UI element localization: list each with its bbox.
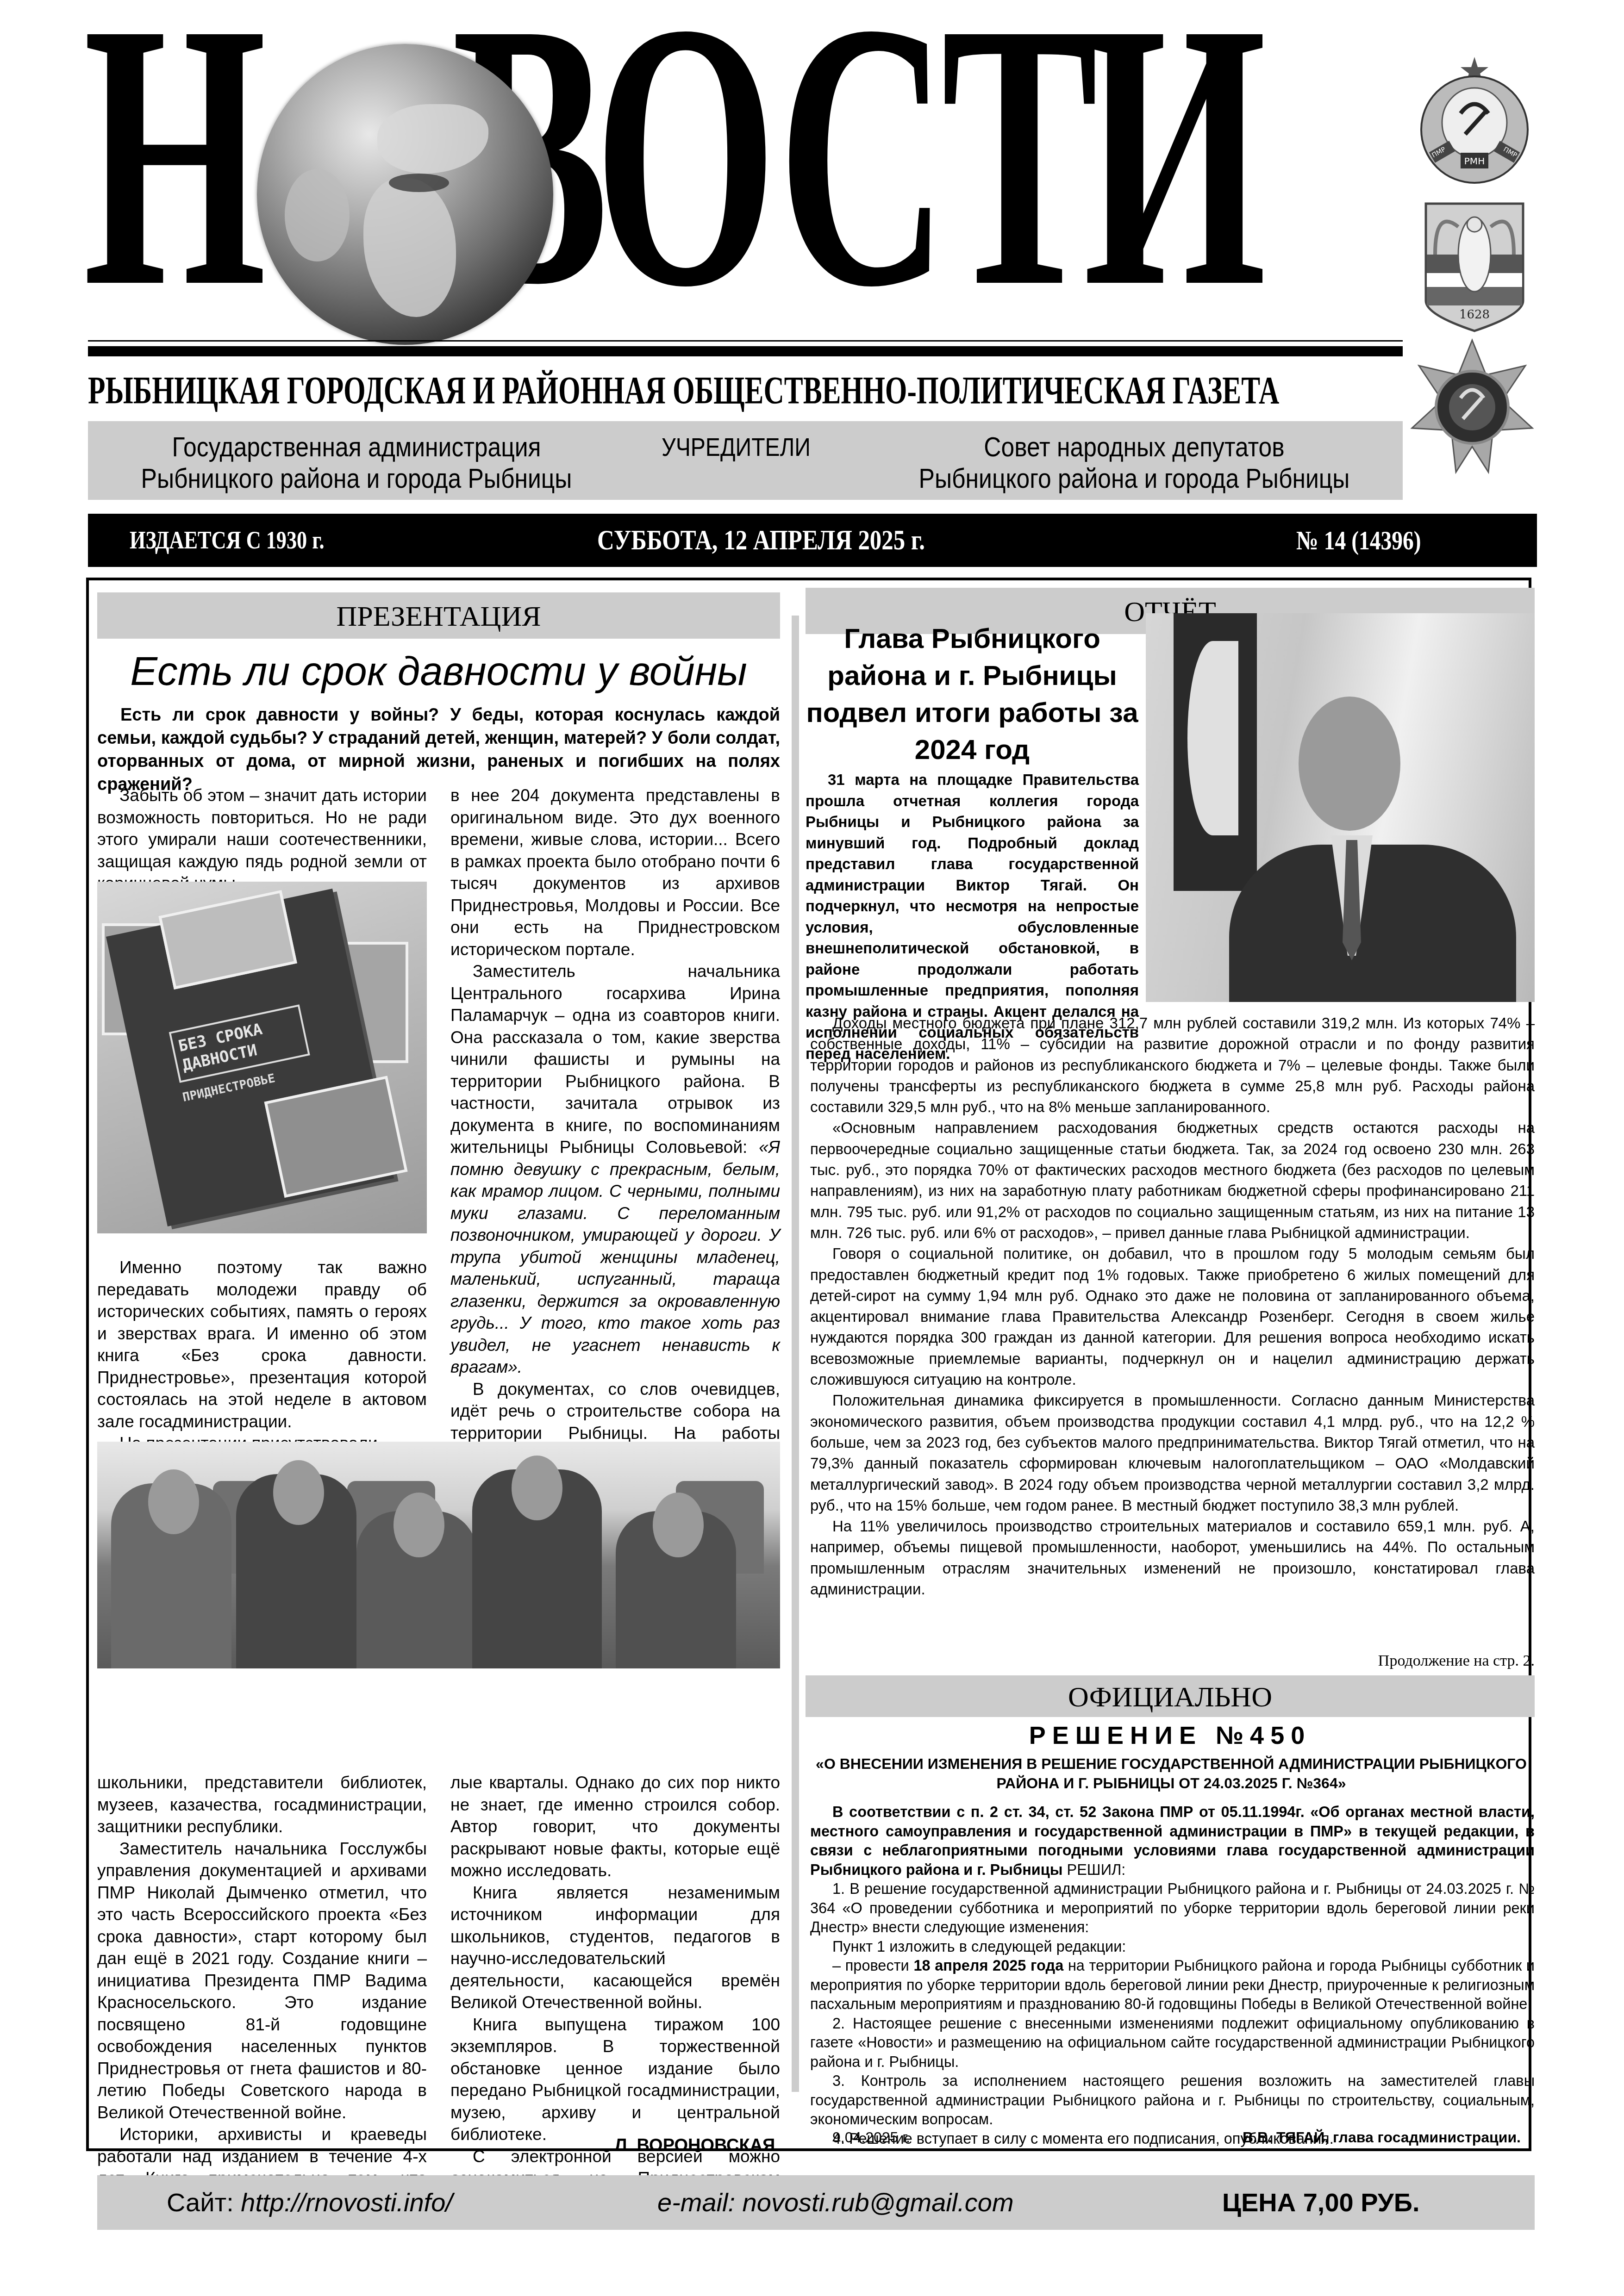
- site-link[interactable]: http://rnovosti.info/: [241, 2188, 453, 2217]
- price: ЦЕНА 7,00 РУБ.: [1222, 2175, 1420, 2230]
- masthead-letter: Н: [83, 14, 263, 296]
- decision-signatory: В.В. ТЯГАЙ, глава госадминистрации.: [1243, 2129, 1521, 2146]
- masthead-letter: О: [594, 14, 774, 296]
- email-link[interactable]: novosti.rub@gmail.com: [743, 2188, 1014, 2217]
- decision-date: 9.04.2025 г.: [832, 2129, 910, 2146]
- issue-date: СУББОТА, 12 АПРЕЛЯ 2025 г.: [597, 514, 925, 567]
- footer-bar: Сайт: http://rnovosti.info/ e-mail: novo…: [97, 2175, 1535, 2230]
- decision-title: РЕШЕНИЕ №450: [806, 1721, 1535, 1750]
- founder-right: Совет народных депутатов Рыбницкого райо…: [907, 431, 1361, 494]
- globe-icon: [257, 44, 553, 345]
- svg-text:1628: 1628: [1459, 308, 1490, 322]
- book-cover: БЕЗ СРОКА ДАВНОСТИ ПРИДНЕСТРОВЬЕ: [106, 889, 394, 1226]
- rybnitsa-city-coat-of-arms-icon: 1628: [1417, 199, 1532, 333]
- masthead-rule: [88, 340, 1403, 342]
- report-body: Доходы местного бюджета при плане 312,7 …: [810, 1013, 1535, 1599]
- event-date: 18 апреля 2025 года: [913, 1957, 1063, 1974]
- article-headline-report: Глава Рыбницкого района и г. Рыбницы под…: [806, 620, 1139, 768]
- footer-email: e-mail: novosti.rub@gmail.com: [657, 2175, 1014, 2230]
- svg-text:РМН: РМН: [1464, 156, 1485, 167]
- presentation-column-a-mid: Именно поэтому так важно передавать моло…: [97, 1257, 427, 1455]
- footer-site: Сайт: http://rnovosti.info/: [167, 2175, 453, 2230]
- rybnitsa-district-emblem-icon: [1407, 338, 1537, 481]
- group-photo: [97, 1442, 780, 1668]
- masthead-letter: И: [1083, 14, 1263, 296]
- column-divider: [792, 616, 799, 2092]
- eyewitness-quote: «Я помню девушку с прекрасным, белым, ка…: [450, 1138, 780, 1376]
- founder-left: Государственная администрация Рыбницкого…: [133, 431, 579, 494]
- presentation-column-a-bottom: школьники, представители библиотек, музе…: [97, 1772, 427, 2211]
- book-photo: БЕЗ СРОКА ДАВНОСТИ ПРИДНЕСТРОВЬЕ: [97, 882, 427, 1233]
- decision-body: В соответствии с п. 2 ст. 34, ст. 52 Зак…: [810, 1803, 1535, 2148]
- dateline-bar: ИЗДАЕТСЯ С 1930 г. СУББОТА, 12 АПРЕЛЯ 20…: [88, 514, 1537, 567]
- masthead-rule-thick: [88, 346, 1403, 356]
- published-since: ИЗДАЕТСЯ С 1930 г.: [130, 514, 325, 567]
- official-portrait-photo: [1146, 613, 1535, 1002]
- author-byline: Л. ВОРОНОВСКАЯ.: [450, 2136, 780, 2156]
- article-lead-presentation: Есть ли срок давности у войны? У беды, к…: [97, 703, 780, 796]
- presentation-column-b-top: в нее 204 документа представлены в ориги…: [450, 784, 780, 1532]
- section-official: ОФИЦИАЛЬНО: [806, 1675, 1535, 1717]
- issue-number: № 14 (14396): [1296, 514, 1421, 567]
- continued-link[interactable]: Продолжение на стр. 2.: [810, 1652, 1535, 1670]
- presentation-column-a-top: Забыть об этом – значит дать истории воз…: [97, 784, 427, 895]
- book-cover-title: БЕЗ СРОКА ДАВНОСТИ: [169, 1004, 310, 1083]
- masthead-letter: Т: [941, 14, 1095, 296]
- article-headline-presentation: Есть ли срок давности у войны: [97, 646, 780, 697]
- pmr-coat-of-arms-icon: РМН ПМР ПМР: [1412, 53, 1537, 192]
- section-presentation: ПРЕЗЕНТАЦИЯ: [97, 592, 780, 639]
- newspaper-subtitle: РЫБНИЦКАЯ ГОРОДСКАЯ И РАЙОННАЯ ОБЩЕСТВЕН…: [88, 366, 1048, 417]
- founders-bar: Государственная администрация Рыбницкого…: [88, 421, 1403, 500]
- masthead-letter: С: [778, 14, 945, 296]
- decision-subtitle: «О ВНЕСЕНИИ ИЗМЕНЕНИЯ В РЕШЕНИЕ ГОСУДАРС…: [815, 1754, 1528, 1793]
- founders-label: УЧРЕДИТЕЛИ: [641, 431, 832, 463]
